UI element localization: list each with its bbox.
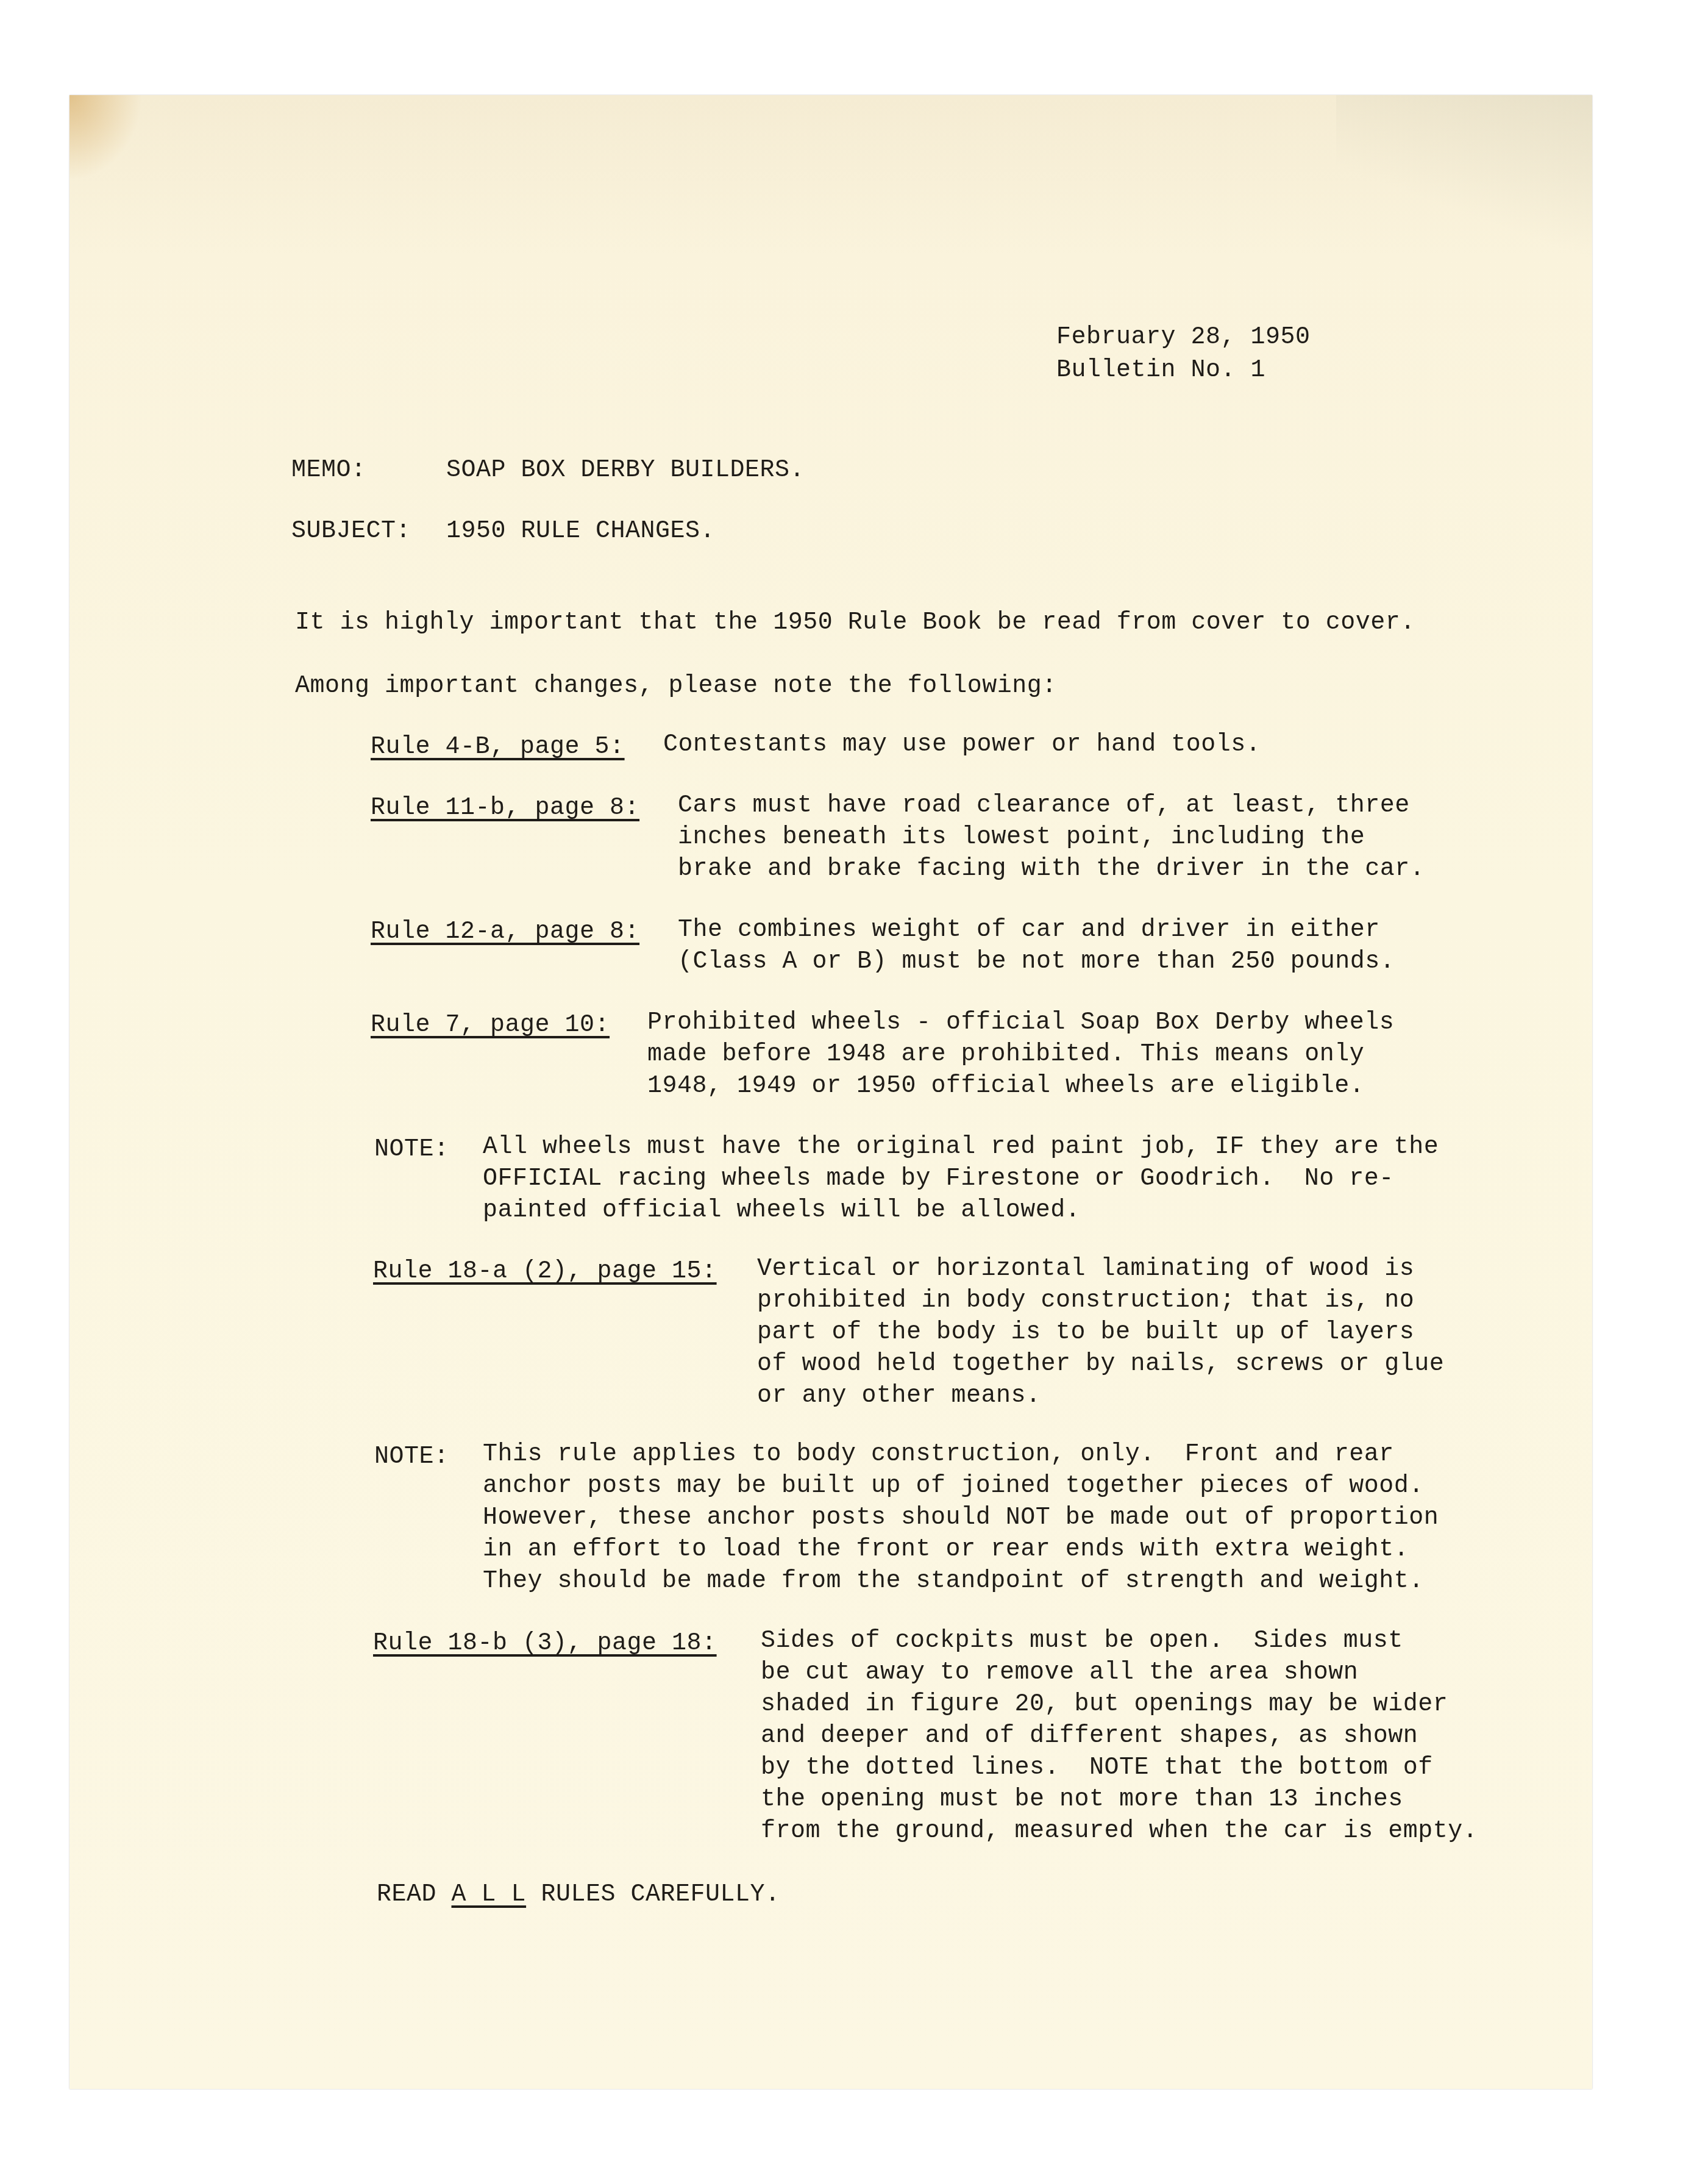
memo-label: MEMO: [291,455,366,486]
rule-text: The combines weight of car and driver in… [678,915,1380,946]
memo-date: February 28, 1950 [1056,322,1311,353]
rule-text: brake and brake facing with the driver i… [678,854,1425,885]
note-text: OFFICIAL racing wheels made by Firestone… [483,1163,1394,1194]
rule-text: Sides of cockpits must be open. Sides mu… [761,1626,1403,1657]
rule-reference: Rule 7, page 10: [371,1010,610,1041]
rule-text: of wood held together by nails, screws o… [757,1349,1444,1380]
rule-text: shaded in figure 20, but openings may be… [761,1689,1448,1720]
note-text: This rule applies to body construction, … [483,1439,1394,1470]
note-label: NOTE: [374,1441,449,1473]
rule-text: from the ground, measured when the car i… [761,1816,1478,1847]
closing-post: RULES CAREFULLY. [526,1881,780,1908]
note-text: However, these anchor posts should NOT b… [483,1502,1439,1533]
note-text: They should be made from the standpoint … [483,1566,1424,1597]
memo-recipient: SOAP BOX DERBY BUILDERS. [446,455,805,486]
closing-emphasis: A L L [452,1881,527,1908]
rule-reference: Rule 18-b (3), page 18: [373,1628,717,1659]
rule-text: prohibited in body construction; that is… [757,1285,1414,1316]
note-text: painted official wheels will be allowed. [483,1195,1080,1226]
closing-pre: READ [377,1881,452,1908]
rule-reference: Rule 18-a (2), page 15: [373,1256,717,1287]
rule-text: the opening must be not more than 13 inc… [761,1784,1403,1815]
closing-line: READ A L L RULES CAREFULLY. [377,1879,780,1910]
bulletin-number: Bulletin No. 1 [1056,355,1265,386]
rule-text: Contestants may use power or hand tools. [663,729,1261,760]
rule-text: Prohibited wheels - official Soap Box De… [647,1007,1394,1038]
rule-text: by the dotted lines. NOTE that the botto… [761,1752,1433,1783]
note-text: anchor posts may be built up of joined t… [483,1471,1424,1502]
intro-lead-in: Among important changes, please note the… [295,671,1057,702]
rule-text: Cars must have road clearance of, at lea… [678,790,1410,821]
rule-text: part of the body is to be built up of la… [757,1317,1414,1348]
rule-text: and deeper and of different shapes, as s… [761,1721,1418,1752]
note-text: All wheels must have the original red pa… [483,1132,1439,1163]
intro-paragraph: It is highly important that the 1950 Rul… [295,607,1415,638]
rule-text: Vertical or horizontal laminating of woo… [757,1254,1414,1285]
subject-value: 1950 RULE CHANGES. [446,516,715,547]
subject-label: SUBJECT: [291,516,411,547]
rule-text: or any other means. [757,1380,1041,1412]
note-text: in an effort to load the front or rear e… [483,1534,1409,1565]
note-label: NOTE: [374,1134,449,1165]
rule-text: inches beneath its lowest point, includi… [678,822,1365,853]
rule-reference: Rule 4-B, page 5: [371,732,625,763]
rule-text: be cut away to remove all the area shown [761,1657,1358,1688]
rule-text: 1948, 1949 or 1950 official wheels are e… [647,1071,1364,1102]
rule-text: (Class A or B) must be not more than 250… [678,946,1395,977]
rule-text: made before 1948 are prohibited. This me… [647,1039,1364,1070]
rule-reference: Rule 11-b, page 8: [371,793,639,824]
rule-reference: Rule 12-a, page 8: [371,916,639,948]
